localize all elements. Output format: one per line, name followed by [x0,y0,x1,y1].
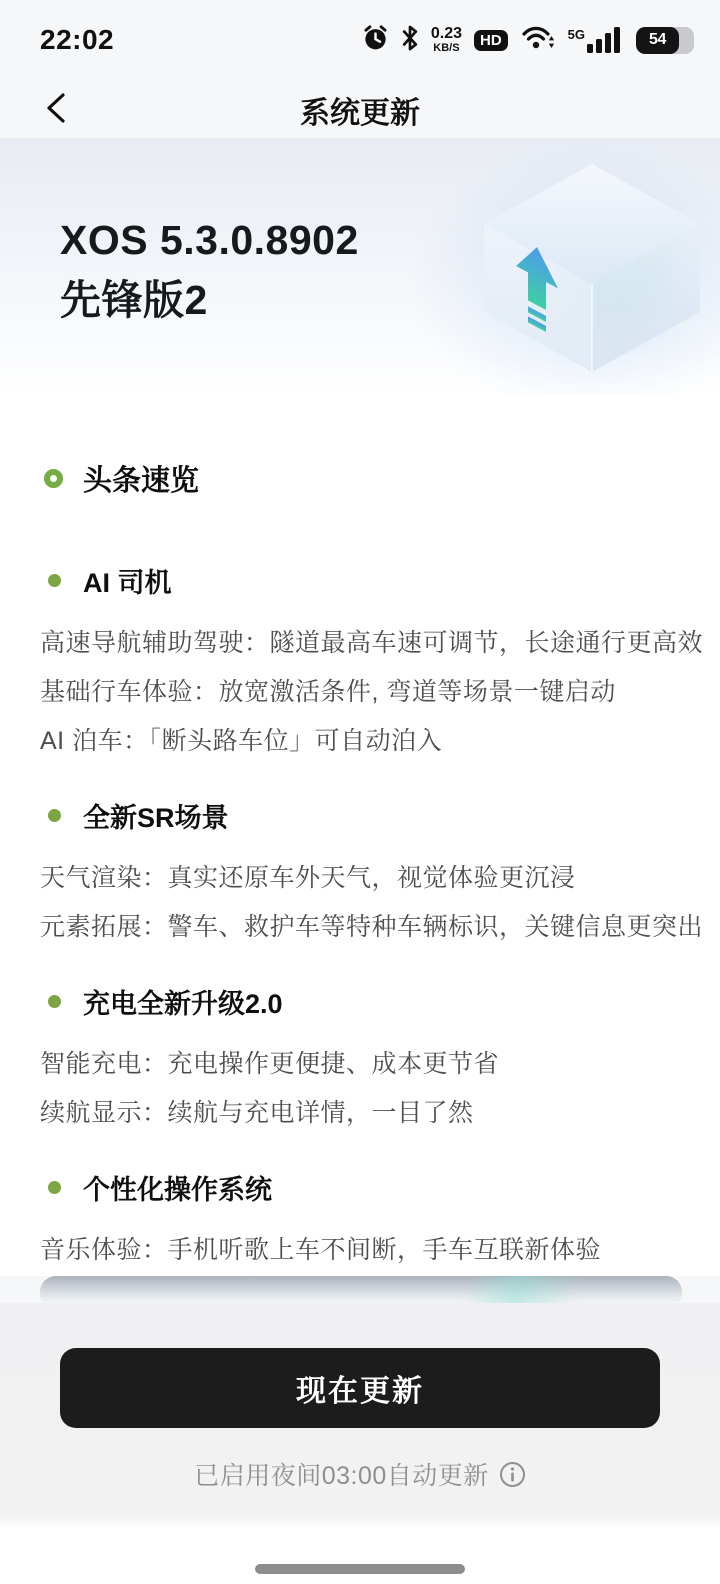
battery-icon: 54 [636,27,694,54]
hero-banner: XOS 5.3.0.8902 先锋版2 [0,138,720,394]
home-indicator[interactable] [255,1564,465,1574]
cellular-signal-icon: 5G [568,27,620,53]
overview-heading: 头条速览 [44,458,680,499]
section-sr-scene: 全新SR场景 天气渲染：真实还原车外天气，视觉体验更沉浸 元素拓展：警车、救护车… [40,796,680,942]
ring-bullet-icon [44,469,63,488]
feature-line: 元素拓展：警车、救护车等特种车辆标识，关键信息更突出 [40,912,680,942]
feature-line: 基础行车体验：放宽激活条件, 弯道等场景一键启动 [40,677,680,707]
section-ai-driver: AI 司机 高速导航辅助驾驶：隧道最高车速可调节，长途通行更高效 基础行车体验：… [40,561,680,756]
version-edition: 先锋版2 [60,270,359,330]
dot-bullet-icon [48,995,61,1008]
update-cube-illustration [470,148,714,389]
feature-line: AI 泊车：「断头路车位」可自动泊入 [40,726,680,756]
version-title: XOS 5.3.0.8902 先锋版2 [60,210,359,330]
bluetooth-icon [401,24,419,57]
feature-line: 音乐体验：手机听歌上车不间断，手车互联新体验 [40,1235,680,1265]
feature-line: 天气渲染：真实还原车外天气，视觉体验更沉浸 [40,863,680,893]
dot-bullet-icon [48,809,61,822]
section-title: 全新SR场景 [83,796,229,835]
update-now-button[interactable]: 现在更新 [60,1348,660,1428]
release-notes: 头条速览 AI 司机 高速导航辅助驾驶：隧道最高车速可调节，长途通行更高效 基础… [0,394,720,1276]
release-notes-card[interactable]: XOS 5.3.0.8902 先锋版2 [0,138,720,1276]
footer: 现在更新 已启用夜间03:00自动更新 [0,1303,720,1584]
info-icon[interactable] [499,1461,526,1488]
system-update-screen: 22:02 0.23 KB/S HD [0,0,720,1584]
dot-bullet-icon [48,574,61,587]
wifi-icon [520,24,556,57]
status-bar: 22:02 0.23 KB/S HD [0,0,720,80]
clock-time: 22:02 [40,24,114,56]
section-title: AI 司机 [83,561,172,600]
page-title: 系统更新 [0,88,720,132]
section-charging: 充电全新升级2.0 智能充电：充电操作更便捷、成本更节省 续航显示：续航与充电详… [40,982,680,1128]
auto-update-note: 已启用夜间03:00自动更新 [194,1456,526,1492]
feature-line: 续航显示：续航与充电详情，一目了然 [40,1098,680,1128]
card-edge-shimmer [40,1276,682,1303]
app-header: 系统更新 [0,80,720,138]
overview-title: 头条速览 [83,458,199,499]
version-number: XOS 5.3.0.8902 [60,210,359,270]
feature-line: 智能充电：充电操作更便捷、成本更节省 [40,1049,680,1079]
hd-badge: HD [474,30,508,51]
alarm-icon [362,24,389,56]
section-title: 个性化操作系统 [83,1168,272,1207]
section-personalization: 个性化操作系统 音乐体验：手机听歌上车不间断，手车互联新体验 影像体验：哨兵模式… [40,1168,680,1276]
section-title: 充电全新升级2.0 [83,982,283,1021]
dot-bullet-icon [48,1181,61,1194]
battery-percent: 54 [649,31,666,49]
network-speed: 0.23 KB/S [431,26,462,54]
status-icons: 0.23 KB/S HD 5G 54 [362,24,694,57]
feature-line: 高速导航辅助驾驶：隧道最高车速可调节，长途通行更高效 [40,628,680,658]
